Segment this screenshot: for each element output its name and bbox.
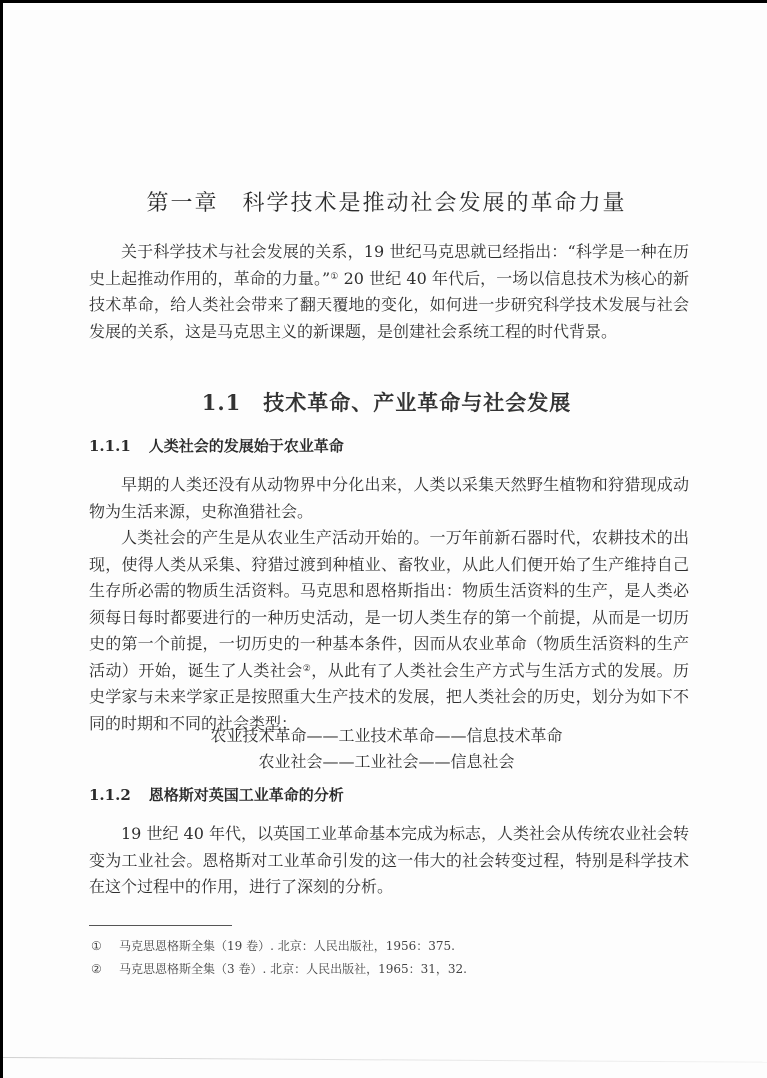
- chapter-heading: 第一章科学技术是推动社会发展的革命力量: [3, 186, 767, 217]
- footnote-mark: ①: [91, 939, 119, 953]
- book-page: 第一章科学技术是推动社会发展的革命力量 关于科学技术与社会发展的关系，19 世纪…: [0, 0, 767, 1078]
- paragraph: 早期的人类还没有从动物界中分化出来，人类以采集天然野生植物和狩猎现成动物为生活来…: [89, 472, 689, 525]
- footnote-divider: [89, 925, 232, 926]
- subsection-title: 人类社会的发展始于农业革命: [149, 437, 344, 455]
- subsection-title: 恩格斯对英国工业革命的分析: [149, 786, 344, 804]
- section-number: 1.1: [202, 390, 242, 415]
- society-sequence: 农业社会——工业社会——信息社会: [3, 749, 767, 772]
- paragraph: 19 世纪 40 年代，以英国工业革命基本完成为标志，人类社会从传统农业社会转变…: [89, 821, 689, 901]
- footnote-2: ②马克思恩格斯全集（3 卷）. 北京：人民出版社，1965：31，32.: [91, 960, 467, 977]
- paragraph-text-part-1: 人类社会的产生是从农业生产活动开始的。一万年前新石器时代，农耕技术的出现，使得人…: [89, 528, 689, 680]
- footnote-text: 马克思恩格斯全集（3 卷）. 北京：人民出版社，1965：31，32.: [119, 962, 467, 976]
- intro-paragraph: 关于科学技术与社会发展的关系，19 世纪马克思就已经指出：“科学是一种在历史上起…: [89, 239, 689, 345]
- footnote-1: ①马克思恩格斯全集（19 卷）. 北京：人民出版社，1956：375.: [91, 937, 455, 954]
- subsection-number: 1.1.1: [89, 437, 131, 455]
- footnote-ref-1: ①: [330, 272, 338, 282]
- section-heading: 1.1技术革命、产业革命与社会发展: [3, 387, 767, 417]
- chapter-title: 科学技术是推动社会发展的革命力量: [243, 191, 627, 216]
- scan-artifact-line: [3, 1057, 767, 1063]
- footnote-mark: ②: [91, 962, 119, 976]
- subsection-number: 1.1.2: [89, 786, 131, 804]
- paragraph: 人类社会的产生是从农业生产活动开始的。一万年前新石器时代，农耕技术的出现，使得人…: [89, 525, 689, 737]
- revolution-sequence: 农业技术革命——工业技术革命——信息技术革命: [3, 723, 767, 746]
- chapter-number: 第一章: [146, 191, 218, 216]
- footnote-ref-2: ②: [303, 664, 312, 674]
- subsection-heading-2: 1.1.2恩格斯对英国工业革命的分析: [89, 784, 344, 805]
- section-title: 技术革命、产业革命与社会发展: [263, 390, 571, 415]
- subsection-heading-1: 1.1.1人类社会的发展始于农业革命: [89, 435, 344, 456]
- footnote-text: 马克思恩格斯全集（19 卷）. 北京：人民出版社，1956：375.: [119, 939, 455, 953]
